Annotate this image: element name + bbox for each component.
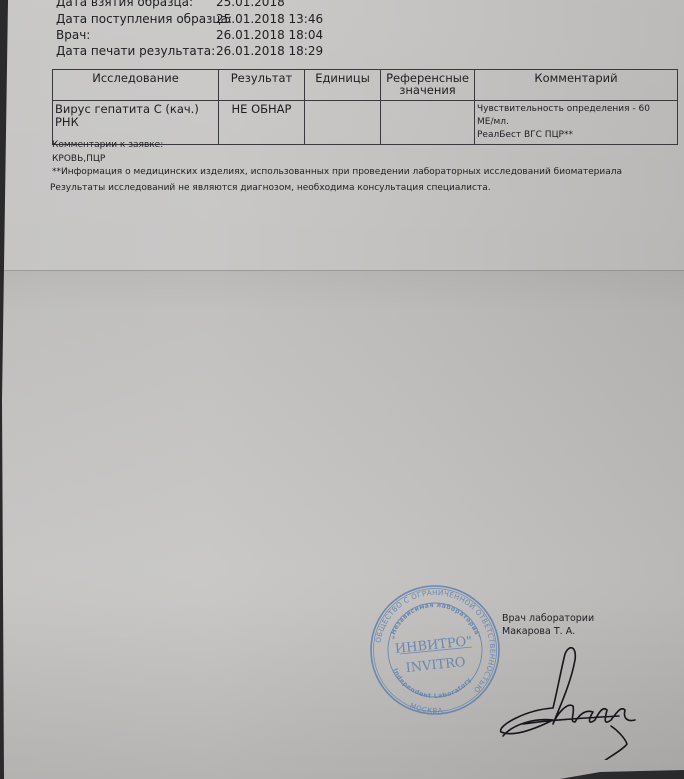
header-comment: Комментарий bbox=[475, 70, 678, 101]
stamp-center-ru: ИНВИТРО" bbox=[394, 634, 473, 657]
disclaimer: Результаты исследований не являются диаг… bbox=[50, 183, 491, 193]
header-result: Результат bbox=[219, 70, 305, 101]
svg-text:МОСКВА: МОСКВА bbox=[409, 702, 444, 715]
test-name: Вирус гепатита С (кач.) bbox=[55, 103, 216, 116]
stamp-outer-bottom: МОСКВА bbox=[409, 702, 444, 715]
signatory-title: Врач лаборатории bbox=[502, 613, 594, 624]
meta-value: 26.01.2018 18:04 bbox=[216, 28, 323, 42]
paper-sheet: Дата взятия образца:25.01.2018 Дата пост… bbox=[0, 0, 684, 779]
meta-print-date: Дата печати результата:26.01.2018 18:29 bbox=[56, 44, 323, 58]
meta-value: 25.01.2018 bbox=[216, 0, 285, 9]
cell-result: НЕ ОБНАР bbox=[219, 101, 305, 145]
meta-doctor: Врач:26.01.2018 18:04 bbox=[56, 28, 323, 42]
fold-line bbox=[0, 270, 684, 271]
meta-value: 26.01.2018 18:29 bbox=[216, 44, 323, 58]
comments-value: КРОВЬ,ПЦР bbox=[52, 154, 105, 164]
table-header-row: Исследование Результат Единицы Референсн… bbox=[53, 70, 678, 101]
meta-value: 25.01.2018 13:46 bbox=[216, 12, 323, 26]
stamp-center-en: INVITRO bbox=[405, 655, 466, 676]
meta-label: Дата печати результата: bbox=[56, 44, 216, 58]
signature-icon bbox=[495, 640, 645, 760]
comment-line: Чувствительность определения - 60 bbox=[477, 103, 675, 116]
meta-label: Дата взятия образца: bbox=[56, 0, 216, 9]
results-table: Исследование Результат Единицы Референсн… bbox=[52, 69, 678, 145]
footnote: **Информация о медицинских изделиях, исп… bbox=[52, 167, 622, 177]
meta-sample-date: Дата взятия образца:25.01.2018 bbox=[56, 0, 285, 9]
comment-line: РеалБест ВГС ПЦР** bbox=[477, 129, 675, 142]
stamp-icon: ОБЩЕСТВО С ОГРАНИЧЕННОЙ ОТВЕТСТВЕННОСТЬЮ… bbox=[370, 583, 500, 718]
header-test: Исследование bbox=[53, 70, 219, 101]
cell-units bbox=[305, 101, 381, 145]
cell-test: Вирус гепатита С (кач.) РНК bbox=[53, 101, 219, 145]
header-units: Единицы bbox=[305, 70, 381, 101]
comments-label: Комментарии к заявке: bbox=[52, 140, 163, 150]
cell-reference bbox=[381, 101, 475, 145]
header-reference: Референсные значения bbox=[381, 70, 475, 101]
meta-label: Дата поступления образца: bbox=[56, 12, 216, 26]
test-name-cont: РНК bbox=[55, 116, 216, 129]
table-row: Вирус гепатита С (кач.) РНК НЕ ОБНАР Чув… bbox=[53, 101, 678, 145]
signatory-name: Макарова Т. А. bbox=[502, 626, 575, 637]
meta-received-date: Дата поступления образца:25.01.2018 13:4… bbox=[56, 12, 323, 26]
comment-line: МЕ/мл. bbox=[477, 116, 675, 129]
cell-comment: Чувствительность определения - 60 МЕ/мл.… bbox=[475, 101, 678, 145]
meta-label: Врач: bbox=[56, 28, 216, 42]
